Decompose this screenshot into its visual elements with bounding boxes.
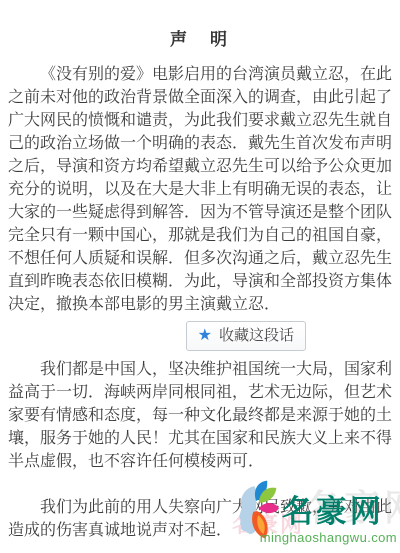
site-name: 名豪网 (282, 496, 384, 529)
statement-body: 《没有别的爱》电影启用的台湾演员戴立忍，在此之前未对他的政治背景做全面深入的调查… (0, 63, 400, 542)
site-url: minghaoshangwu.com (260, 530, 397, 545)
star-icon: ★ (198, 328, 212, 344)
collect-button-row: ★ 收藏这段话 (8, 321, 392, 351)
collect-quote-button[interactable]: ★ 收藏这段话 (186, 321, 306, 351)
collect-button-label: 收藏这段话 (219, 324, 294, 347)
site-watermark: 名豪网 minghaoshangwu.com (234, 477, 397, 545)
page-title: 声 明 (0, 0, 400, 50)
watermark-text-block: 名豪网 minghaoshangwu.com (282, 496, 397, 545)
statement-paragraph-1: 《没有别的爱》电影启用的台湾演员戴立忍，在此之前未对他的政治背景做全面深入的调查… (8, 63, 392, 316)
statement-paragraph-2: 我们都是中国人，坚决维护祖国统一大局，国家利益高于一切．海峡两岸同根同祖，艺术无… (8, 358, 392, 473)
statement-page: 声 明 《没有别的爱》电影启用的台湾演员戴立忍，在此之前未对他的政治背景做全面深… (0, 0, 400, 553)
